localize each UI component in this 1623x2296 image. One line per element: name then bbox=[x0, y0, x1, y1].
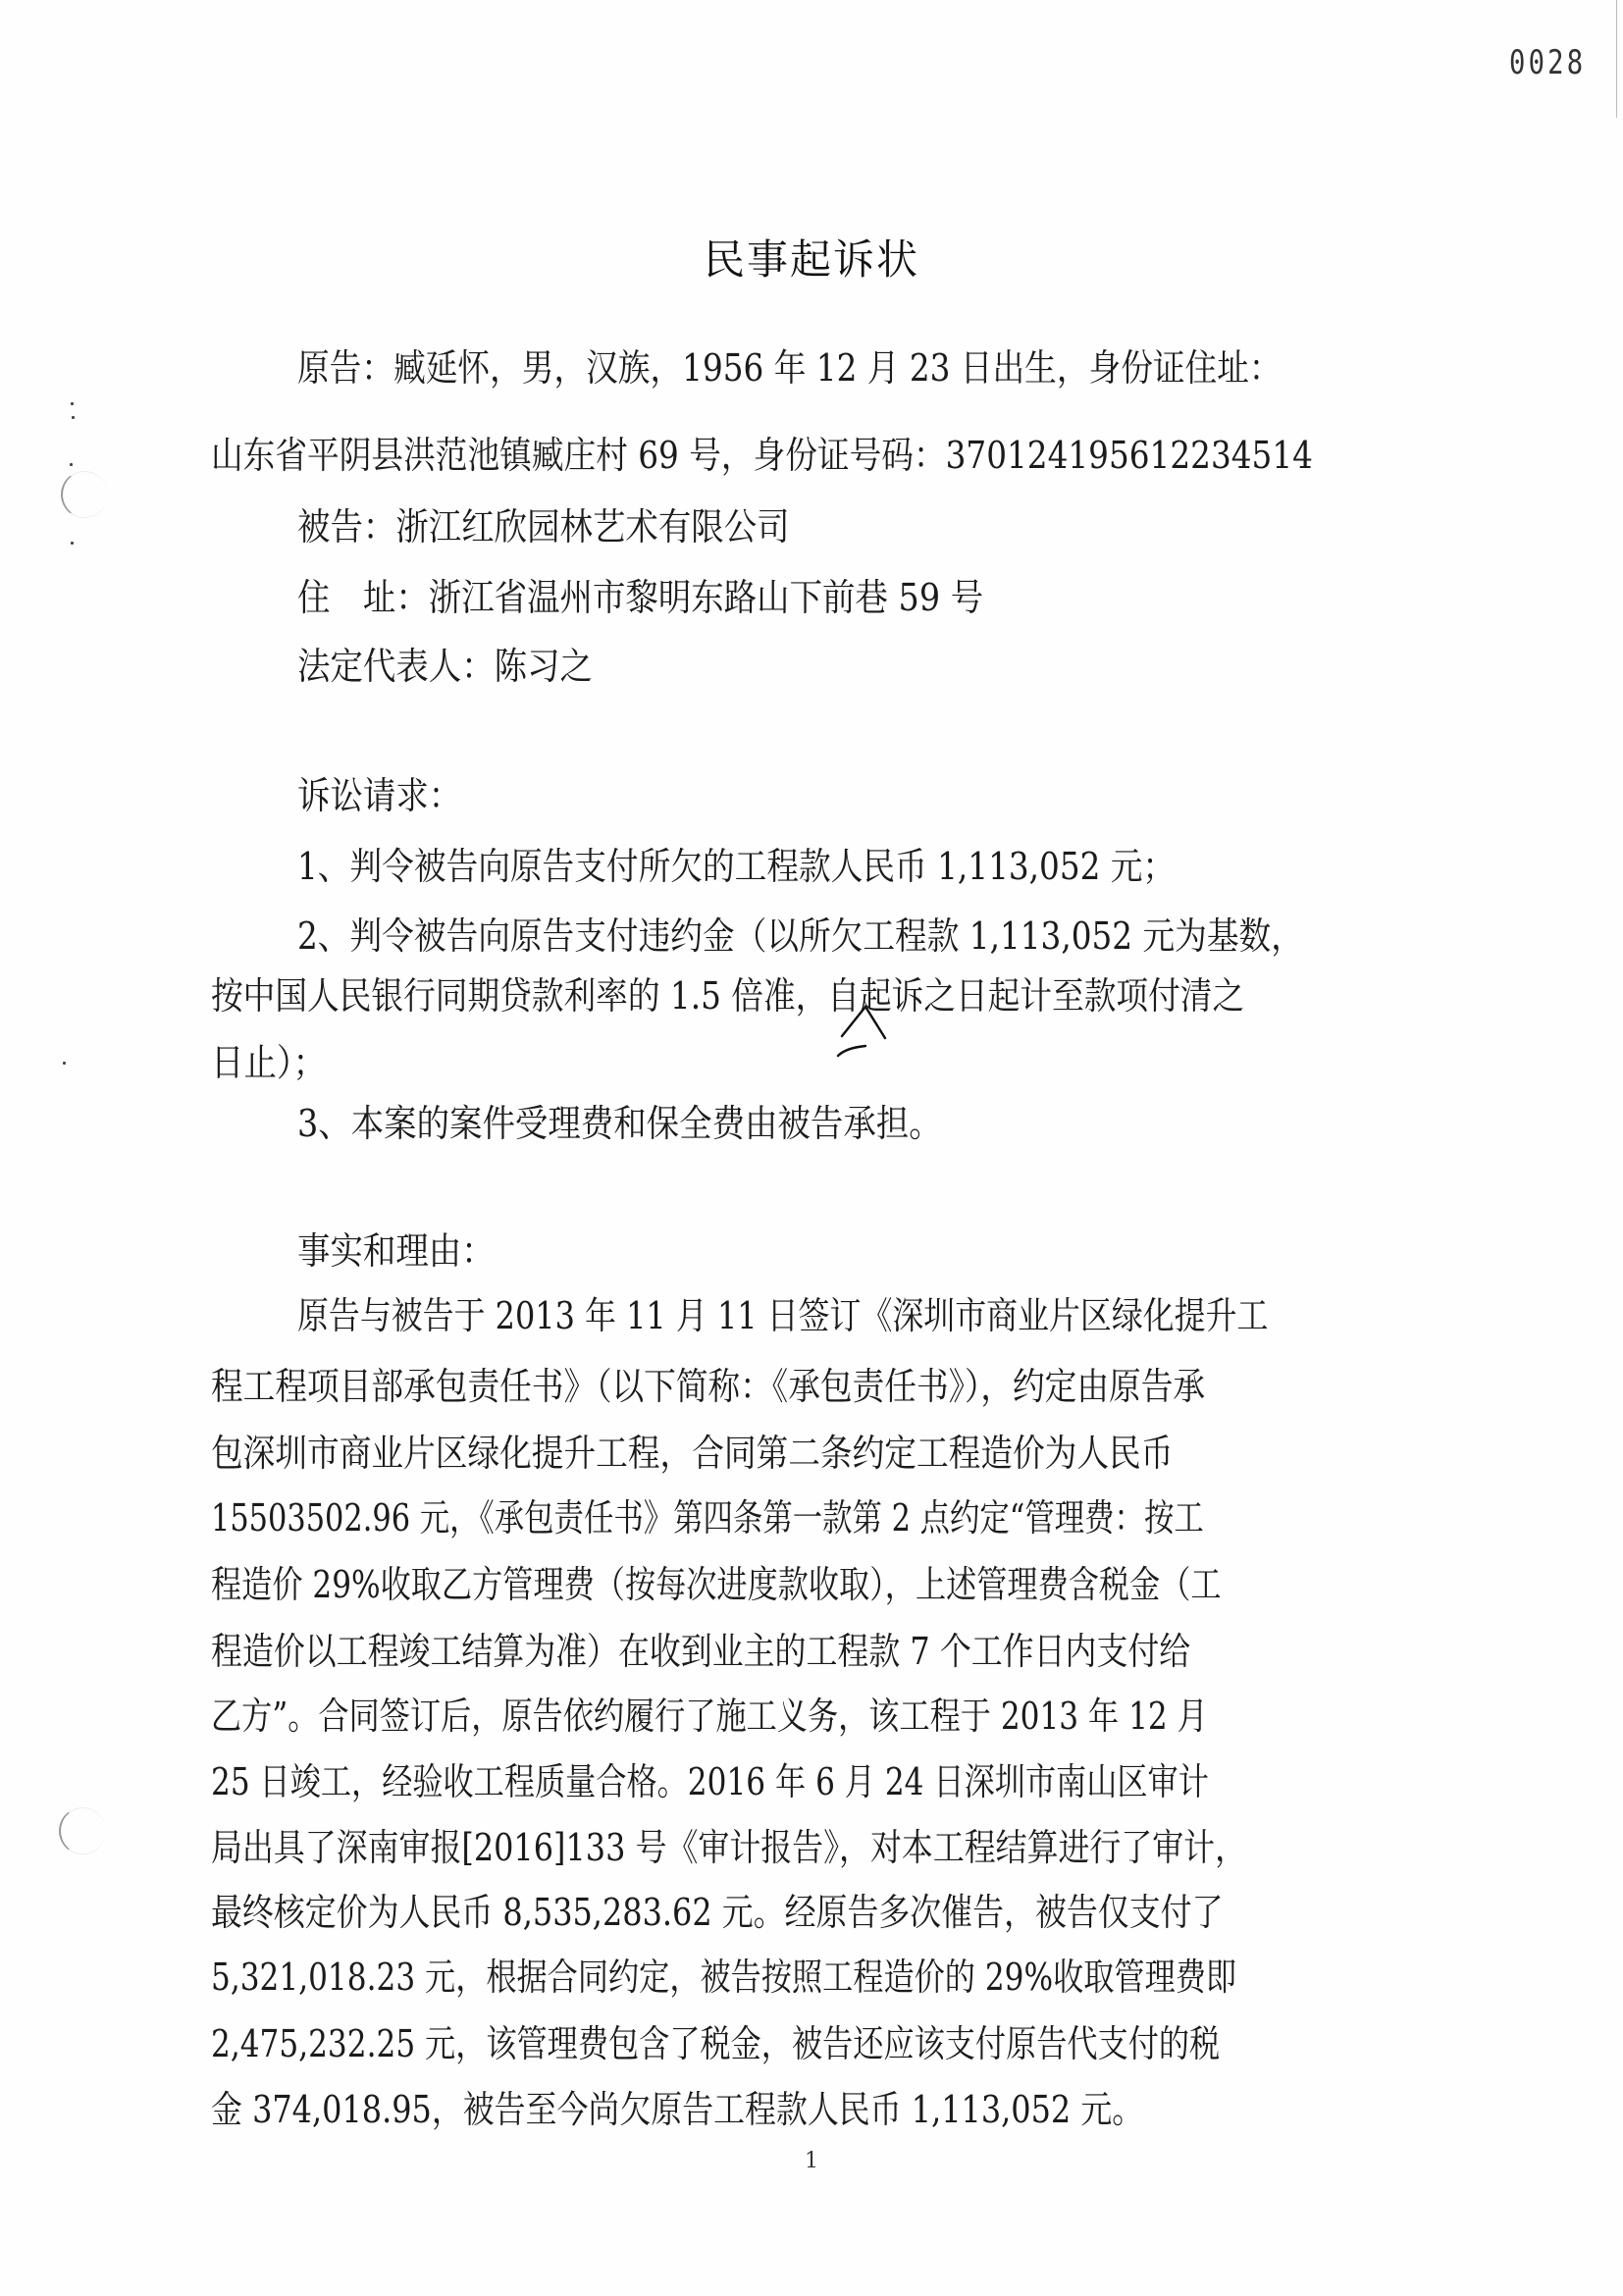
legal-representative: 法定代表人：陈习之 bbox=[297, 648, 593, 685]
facts-line: 程造价 29%收取乙方管理费（按每次进度款收取），上述管理费含税金（工 bbox=[211, 1566, 1222, 1603]
facts-line: 局出具了深南审报[2016]133 号《审计报告》，对本工程结算进行了审计， bbox=[211, 1829, 1246, 1866]
claim-item-2-line2: 按中国人民银行同期贷款利率的 1.5 倍准，自起诉之日起计至款项付清之 bbox=[211, 977, 1244, 1015]
claims-heading: 诉讼请求： bbox=[297, 777, 461, 814]
defendant-name: 被告：浙江红欣园林艺术有限公司 bbox=[297, 508, 790, 546]
facts-line: 5,321,018.23 元，根据合同约定，被告按照工程造价的 29%收取管理费… bbox=[211, 1958, 1236, 1996]
document-title: 民事起诉状 bbox=[0, 228, 1623, 287]
handwritten-insertion-mark-icon bbox=[824, 999, 913, 1058]
plaintiff-info-line1: 原告：臧延怀，男，汉族，1956 年 12 月 23 日出生，身份证住址： bbox=[297, 349, 1282, 387]
facts-line: 最终核定价为人民币 8,535,283.62 元。经原告多次催告，被告仅支付了 bbox=[211, 1894, 1224, 1931]
defendant-address: 住 址：浙江省温州市黎明东路山下前巷 59 号 bbox=[297, 579, 983, 616]
binding-hole-mark bbox=[59, 1807, 106, 1854]
facts-line: 2,475,232.25 元，该管理费包含了税金，被告还应该支付原告代支付的税 bbox=[211, 2025, 1220, 2062]
plaintiff-info-line2: 山东省平阴县洪范池镇臧庄村 69 号，身份证号码：370124195612234… bbox=[211, 437, 1313, 474]
claim-item-2-line1: 2、判令被告向原告支付违约金（以所欠工程款 1,113,052 元为基数， bbox=[297, 917, 1303, 955]
facts-line: 原告与被告于 2013 年 11 月 11 日签订《深圳市商业片区绿化提升工 bbox=[297, 1297, 1268, 1334]
scanned-page: 0028 民事起诉状 原告：臧延怀，男，汉族，1956 年 12 月 23 日出… bbox=[0, 0, 1623, 2296]
page-edge-line bbox=[1616, 0, 1617, 118]
claim-item-2-line3: 日止）； bbox=[211, 1044, 326, 1081]
scan-speck bbox=[70, 463, 73, 466]
facts-line: 乙方”。合同签订后，原告依约履行了施工义务，该工程于 2013 年 12 月 bbox=[211, 1697, 1208, 1735]
scan-speck bbox=[71, 542, 74, 545]
scan-speck bbox=[72, 416, 75, 419]
facts-line: 25 日竣工，经验收工程质量合格。2016 年 6 月 24 日深圳市南山区审计 bbox=[211, 1763, 1209, 1800]
claim-item-3: 3、本案的案件受理费和保全费由被告承担。 bbox=[297, 1105, 942, 1142]
scan-speck bbox=[63, 1062, 66, 1065]
facts-line: 包深圳市商业片区绿化提升工程，合同第二条约定工程造价为人民币 bbox=[211, 1435, 1173, 1472]
binding-hole-mark bbox=[61, 471, 108, 518]
facts-heading: 事实和理由： bbox=[297, 1232, 495, 1270]
facts-line: 15503502.96 元，《承包责任书》第四条第一款第 2 点约定“管理费：按… bbox=[211, 1499, 1204, 1537]
facts-line: 金 374,018.95，被告至今尚欠原告工程款人民币 1,113,052 元。 bbox=[211, 2091, 1143, 2128]
facts-line: 程造价以工程竣工结算为准）在收到业主的工程款 7 个工作日内支付给 bbox=[211, 1633, 1190, 1670]
facts-line: 程工程项目部承包责任书》（以下简称：《承包责任书》），约定由原告承 bbox=[211, 1368, 1205, 1405]
claim-item-1: 1、判令被告向原告支付所欠的工程款人民币 1,113,052 元； bbox=[297, 848, 1175, 885]
archive-stamp-number: 0028 bbox=[1509, 43, 1586, 82]
scan-speck bbox=[71, 402, 74, 405]
page-number: 1 bbox=[0, 2149, 1623, 2173]
